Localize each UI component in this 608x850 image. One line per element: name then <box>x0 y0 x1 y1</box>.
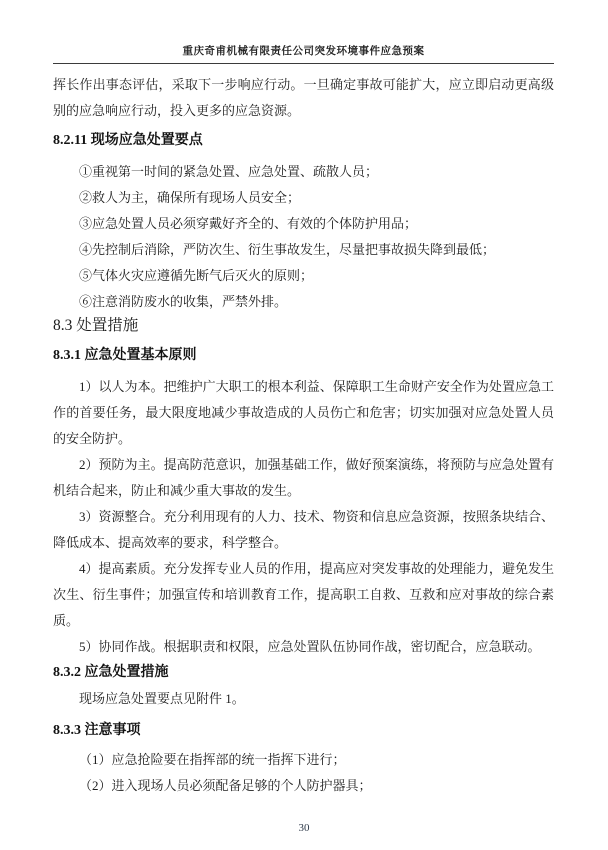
heading-8-3-2: 8.3.2 应急处置措施 <box>53 663 554 683</box>
heading-8-2-11: 8.2.11 现场应急处置要点 <box>53 131 554 151</box>
list-item: ②救人为主，确保所有现场人员安全； <box>53 185 554 211</box>
header-title: 重庆奇甫机械有限责任公司突发环境事件应急预案 <box>53 45 554 59</box>
attachment-reference-paragraph: 现场应急处置要点见附件 1。 <box>53 686 554 712</box>
principle-paragraph: 1）以人为本。把维护广大职工的根本利益、保障职工生命财产安全作为处置应急工作的首… <box>53 374 554 452</box>
list-item: ①重视第一时间的紧急处置、应急处置、疏散人员； <box>53 159 554 185</box>
list-item: ⑤气体火灾应遵循先断气后灭火的原则； <box>53 263 554 289</box>
list-emergency-key-points: ①重视第一时间的紧急处置、应急处置、疏散人员； ②救人为主，确保所有现场人员安全… <box>53 159 554 315</box>
page-number: 30 <box>0 822 608 834</box>
note-item: （1）应急抢险要在指挥部的统一指挥下进行； <box>53 747 554 773</box>
heading-8-3: 8.3 处置措施 <box>53 315 554 337</box>
heading-8-3-3: 8.3.3 注意事项 <box>53 721 554 741</box>
principle-paragraph: 2）预防为主。提高防范意识，加强基础工作，做好预案演练，将预防与应急处置有机结合… <box>53 452 554 504</box>
principle-paragraph: 5）协同作战。根据职责和权限，应急处置队伍协同作战，密切配合，应急联动。 <box>53 634 554 660</box>
document-page: 重庆奇甫机械有限责任公司突发环境事件应急预案 挥长作出事态评估，采取下一步响应行… <box>0 0 608 850</box>
heading-8-3-1: 8.3.1 应急处置基本原则 <box>53 346 554 366</box>
note-item: （2）进入现场人员必须配备足够的个人防护器具； <box>53 773 554 799</box>
list-item: ③应急处置人员必须穿戴好齐全的、有效的个体防护用品； <box>53 211 554 237</box>
principle-paragraph: 3）资源整合。充分利用现有的人力、技术、物资和信息应急资源，按照条块结合、降低成… <box>53 504 554 556</box>
page-content: 重庆奇甫机械有限责任公司突发环境事件应急预案 挥长作出事态评估，采取下一步响应行… <box>53 0 554 799</box>
list-item: ⑥注意消防废水的收集，严禁外排。 <box>53 289 554 315</box>
page-header: 重庆奇甫机械有限责任公司突发环境事件应急预案 <box>53 0 554 64</box>
paragraph-intro-continuation: 挥长作出事态评估，采取下一步响应行动。一旦确定事故可能扩大，应立即启动更高级别的… <box>53 72 554 124</box>
list-item: ④先控制后消除，严防次生、衍生事故发生，尽量把事故损失降到最低； <box>53 237 554 263</box>
principle-paragraph: 4）提高素质。充分发挥专业人员的作用，提高应对突发事故的处理能力，避免发生次生、… <box>53 556 554 634</box>
